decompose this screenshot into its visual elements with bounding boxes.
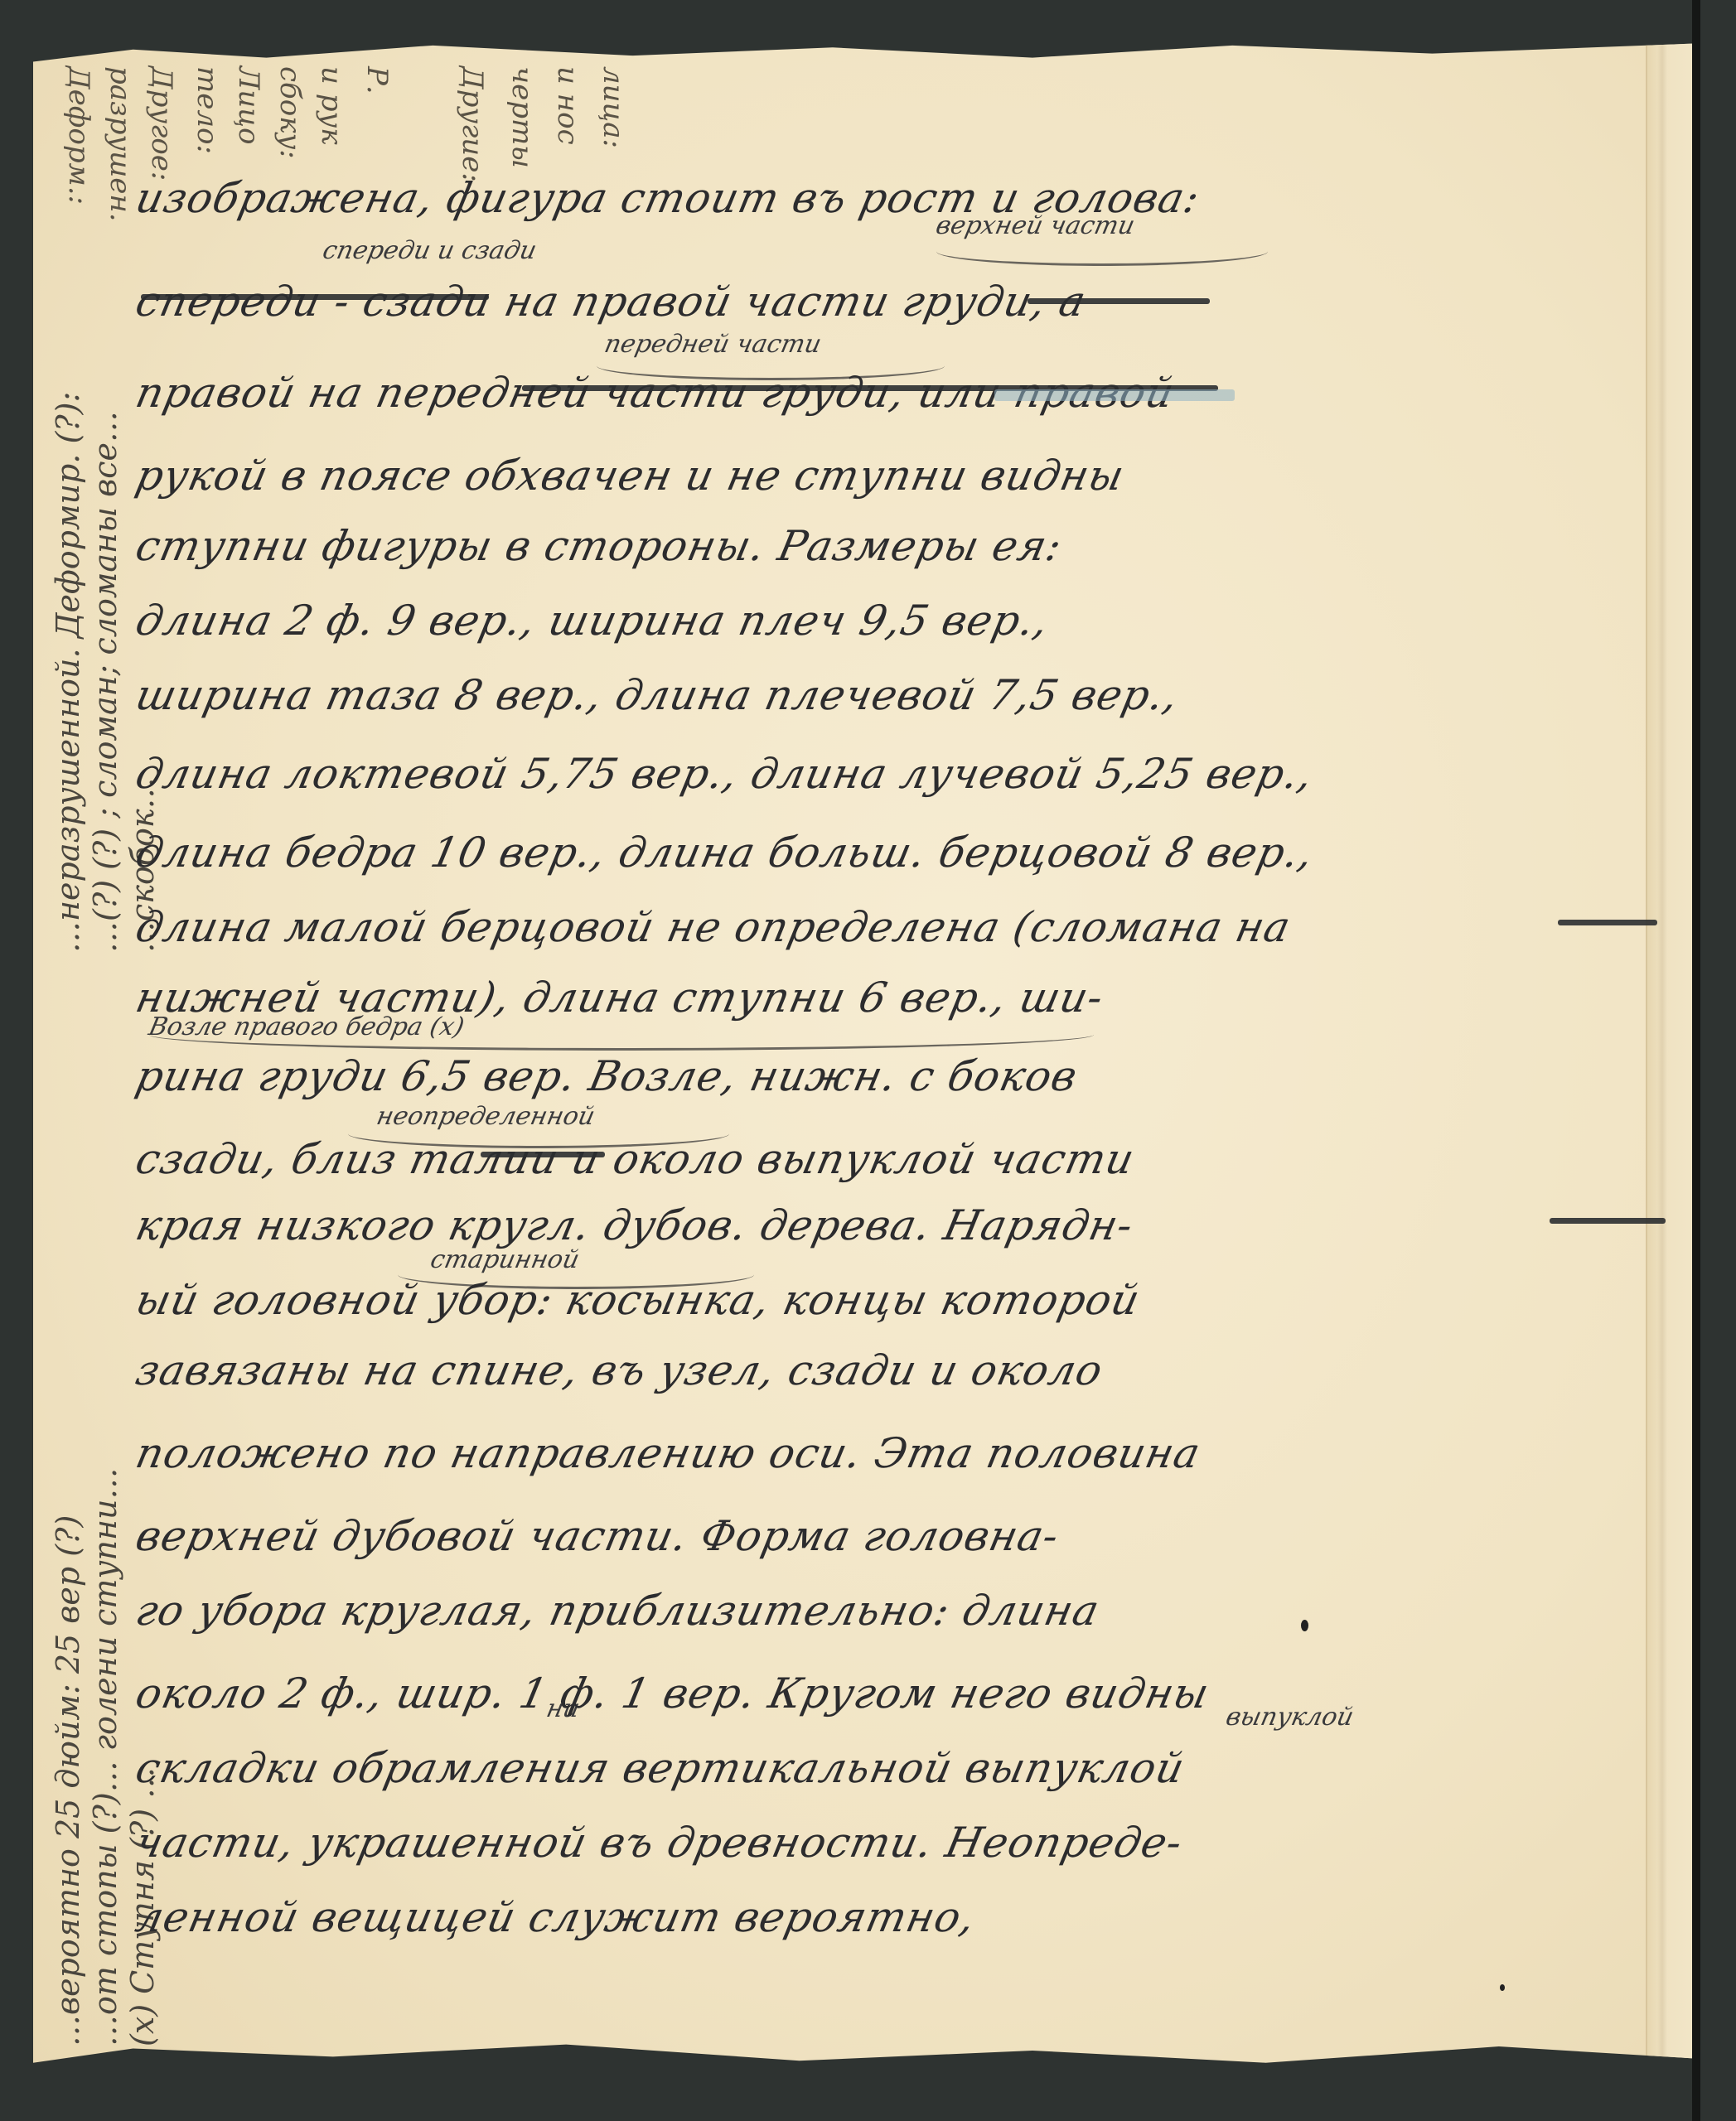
manuscript-line: около 2 ф., шир. 1 ф. 1 вер. Кругом него… — [132, 1669, 1214, 1718]
manuscript-line: части, украшенной въ древности. Неопреде… — [132, 1819, 1187, 1867]
left-margin-note: …(?) (?) ; сломан; сломаны все… — [87, 411, 123, 953]
top-margin-note: Лицо — [232, 66, 265, 144]
top-margin-note: Деформ.: — [62, 66, 95, 205]
manuscript-line: края низкого кругл. дубов. дерева. Наряд… — [132, 1201, 1138, 1249]
top-margin-note: и рук — [315, 66, 348, 145]
binding-edge — [1692, 0, 1700, 2121]
binding-strip — [1646, 39, 1699, 2073]
interlinear-insertion: передней части — [602, 330, 824, 359]
top-margin-note: и нос — [551, 66, 584, 145]
manuscript-line: спереди - сзади на правой части груди, а — [132, 278, 1090, 326]
manuscript-line: изображена, фигура стоит въ рост и голов… — [132, 174, 1204, 222]
manuscript-line: ширина таза 8 вер., длина плечевой 7,5 в… — [132, 671, 1183, 719]
interlinear-insertion: спереди и сзади — [320, 236, 539, 265]
ink-blot — [1500, 1984, 1505, 1991]
left-margin-note: …от стопы (?)… голени ступни… — [87, 1468, 123, 2046]
strikethrough-mark — [1558, 920, 1657, 925]
strikethrough-mark — [1028, 298, 1210, 304]
top-margin-note: черты — [505, 66, 539, 168]
manuscript-line: рина груди 6,5 вер. Возле, нижн. с боков — [132, 1052, 1082, 1100]
strikethrough-mark — [141, 294, 489, 300]
interlinear-insertion: неопределенной — [374, 1102, 597, 1131]
top-margin-note: Другое: — [145, 66, 178, 181]
manuscript-line: ступни фигуры в стороны. Размеры ея: — [132, 522, 1066, 570]
manuscript-line: положено по направлению оси. Эта половин… — [132, 1429, 1205, 1477]
manuscript-line: рукой в поясе обхвачен и не ступни видны — [132, 452, 1129, 500]
manuscript-line: длина бедра 10 вер., длина больш. берцов… — [132, 829, 1318, 877]
manuscript-line: верхней дубовой части. Форма головна- — [132, 1512, 1064, 1560]
strikethrough-mark — [481, 1152, 605, 1157]
interlinear-insertion: выпуклой — [1223, 1703, 1356, 1732]
top-margin-note: разрушен. — [104, 66, 137, 222]
top-margin-note: лица: — [597, 66, 630, 148]
interlinear-insertion: старинной — [428, 1245, 582, 1274]
left-margin-note: …вероятно 25 дюйм: 25 вер (?) — [50, 1515, 86, 2046]
manuscript-line: ый головной убор: косынка, концы которой — [132, 1276, 1144, 1324]
manuscript-line: го убора круглая, приблизительно: длина — [132, 1587, 1104, 1635]
manuscript-line: длина 2 ф. 9 вер., ширина плеч 9,5 вер., — [132, 597, 1053, 645]
top-margin-note: сбоку: — [273, 66, 307, 159]
top-margin-note: Другие: — [456, 66, 489, 182]
manuscript-line: длина локтевой 5,75 вер., длина лучевой … — [132, 750, 1318, 798]
top-margin-note: тело: — [191, 66, 224, 154]
blue-pencil-strike — [994, 389, 1235, 401]
manuscript-line: длина малой берцовой не определена (слом… — [132, 903, 1295, 951]
manuscript-line: завязаны на спине, въ узел, сзади и окол… — [132, 1346, 1107, 1394]
ink-blot — [1301, 1620, 1308, 1631]
left-margin-note: …неразрушенной. Деформир. (?): — [50, 392, 86, 953]
manuscript-line: ленной вещицей служит вероятно, — [132, 1893, 980, 1941]
fold-shadow — [1657, 39, 1667, 2073]
strikethrough-mark — [1550, 1218, 1666, 1224]
manuscript-line: складки обрамления вертикальной выпуклой — [132, 1744, 1189, 1792]
manuscript-line: сзади, близ талии и около выпуклой части — [132, 1135, 1139, 1183]
manuscript-line: нижней части), длина ступни 6 вер., ши- — [132, 974, 1108, 1022]
top-margin-note: Р. — [360, 66, 394, 94]
